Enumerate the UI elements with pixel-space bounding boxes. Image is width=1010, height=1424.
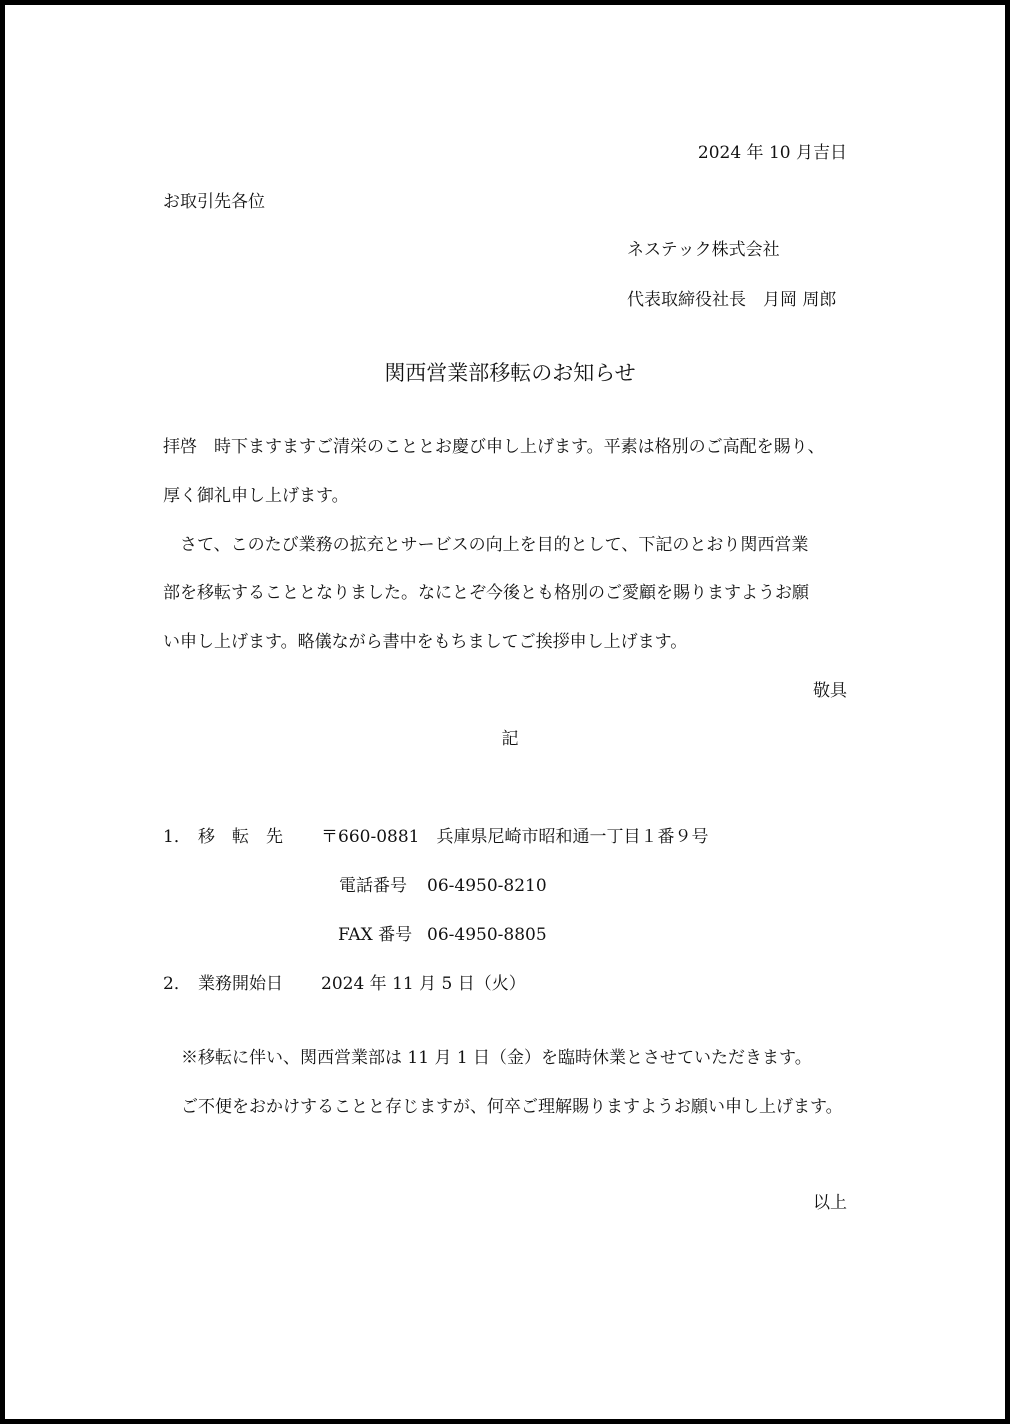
item-number: 1． (163, 827, 191, 847)
phone-label: 電話番号 (339, 876, 407, 896)
body-line: 厚く御礼申し上げます。 (163, 486, 349, 506)
phone-number: 06-4950-8210 (427, 876, 547, 896)
fax-number: 06-4950-8805 (427, 925, 547, 945)
body-line: い申し上げます。略儀ながら書中をもちましてご挨拶申し上げます。 (163, 632, 687, 652)
closing-ijou: 以上 (813, 1193, 847, 1213)
document-title: 関西営業部移転のお知らせ (5, 360, 1010, 386)
ki-heading: 記 (5, 729, 1010, 749)
recipient: お取引先各位 (163, 192, 265, 212)
item-number: 2． (163, 974, 191, 994)
note-line: ご不便をおかけすることと存じますが、何卒ご理解賜りますようお願い申し上げます。 (181, 1097, 843, 1117)
relocation-address: 〒660-0881 兵庫県尼崎市昭和通一丁目１番９号 (321, 827, 708, 847)
sender-company: ネステック株式会社 (627, 240, 780, 260)
body-line: 部を移転することとなりました。なにとぞ今後とも格別のご愛顧を賜りますようお願 (163, 583, 809, 603)
sender-representative: 代表取締役社長 月岡 周郎 (627, 290, 836, 310)
fax-label: FAX 番号 (338, 925, 412, 945)
item-label-relocation: 移 転 先 (198, 827, 283, 847)
body-line: 拝啓 時下ますますご清栄のこととお慶び申し上げます。平素は格別のご高配を賜り、 (163, 437, 825, 457)
body-line: さて、このたび業務の拡充とサービスの向上を目的として、下記のとおり関西営業 (163, 535, 808, 555)
item-label-start-date: 業務開始日 (198, 974, 283, 994)
document-date: 2024 年 10 月吉日 (698, 143, 847, 163)
start-date: 2024 年 11 月 5 日（火） (321, 974, 526, 994)
note-line: ※移転に伴い、関西営業部は 11 月 1 日（金）を臨時休業とさせていただきます… (181, 1048, 812, 1068)
document-page: 2024 年 10 月吉日 お取引先各位 ネステック株式会社 代表取締役社長 月… (0, 0, 1010, 1424)
closing-keigu: 敬具 (813, 681, 847, 701)
